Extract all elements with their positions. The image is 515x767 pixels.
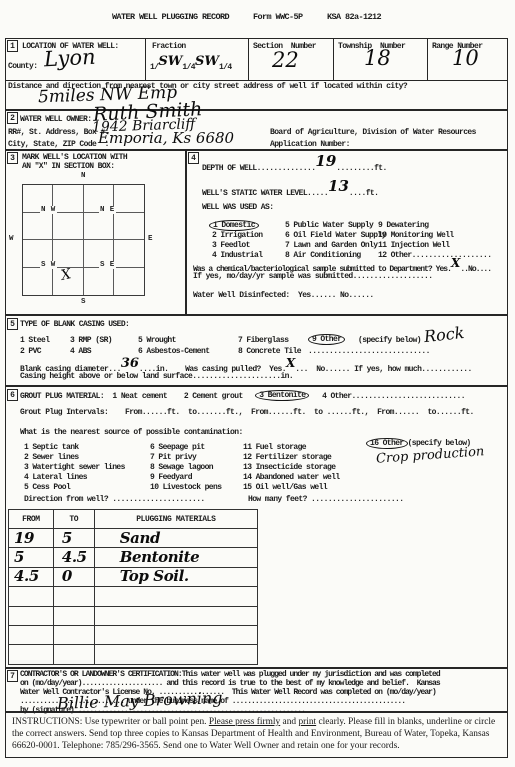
fraction-handwritten: SW <box>158 54 182 69</box>
section-grid-cell <box>53 185 83 213</box>
specify-below-note: (specify below) <box>358 336 421 345</box>
certification-line2: on (mo/day/year)..................... an… <box>20 679 440 688</box>
quadrant-se-label: S E <box>99 261 116 269</box>
contamination-option: 9 Feedyard <box>150 473 192 482</box>
static-water-level-line: WELL'S STATIC WATER LEVEL.....13....ft. <box>202 182 378 199</box>
contamination-option: 12 Fertilizer storage <box>243 453 331 462</box>
table-header-row: FROM TO PLUGGING MATERIALS <box>9 510 258 529</box>
from-value-handwritten: 5 <box>9 548 24 566</box>
dotted-leader: ............................. <box>308 347 430 356</box>
contamination-option: 14 Abandoned water well <box>243 473 340 482</box>
casing-option: 1 Steel <box>20 336 49 345</box>
quadrant-ne-label: N E <box>99 206 116 214</box>
fraction-value: 1/SW1/4SW1/4 <box>150 59 232 74</box>
how-many-feet-line: How many feet? ...................... <box>248 495 403 504</box>
use-option: 2 Irrigation <box>212 231 262 240</box>
material-value-handwritten: Sand <box>95 529 160 547</box>
static-level-value-handwritten: 13 <box>328 177 349 195</box>
disinfected-line: Water Well Disinfected: Yes...... No....… <box>193 291 374 300</box>
grout-other-label: 4 Other........................... <box>309 392 464 401</box>
if-yes-date-line: If yes, mo/day/yr sample was submitted..… <box>193 272 432 281</box>
contamination-option: 15 Oil well/Gas well <box>243 483 327 492</box>
contamination-option: 5 Cess Pool <box>24 483 70 492</box>
section2-number: 2 <box>7 112 18 124</box>
casing-other-value-handwritten: Rock <box>423 325 465 345</box>
instructions-text: INSTRUCTIONS: Use typewriter or ball poi… <box>12 717 209 727</box>
contamination-option: 2 Sewer lines <box>24 453 79 462</box>
table-row: 5 4.5 Bentonite <box>9 548 258 567</box>
divider <box>333 38 334 80</box>
grout-material-label: GROUT PLUG MATERIAL: 1 Neat cement 2 Cem… <box>20 392 255 401</box>
section-grid-cell <box>23 268 53 296</box>
instructions-text: and <box>280 717 298 727</box>
direction-from-well-line: Direction from well? ...................… <box>24 495 205 504</box>
grout-bentonite-circled: 3 Bentonite <box>255 390 309 401</box>
section1-number: 1 <box>7 40 18 52</box>
divider <box>427 38 428 80</box>
section3-title-line1: MARK WELL'S LOCATION WITH <box>22 153 127 162</box>
casing-option-other-circled: 9 Other <box>308 334 345 345</box>
quadrant-sw-label: S W <box>40 261 57 269</box>
fraction-part: 1/4 <box>219 63 232 72</box>
use-option-domestic-circled: 1 Domestic <box>209 220 259 231</box>
quadrant-nw-label: N W <box>40 206 57 214</box>
contamination-option: 10 Livestock pens <box>150 483 221 492</box>
use-option: 6 Oil Field Water Supply <box>285 231 386 240</box>
depth-label-suffix: .........ft. <box>336 164 386 173</box>
sample-yes-x-mark: X <box>451 256 460 270</box>
use-option: 9 Dewatering <box>378 221 428 230</box>
section-grid-cell <box>23 213 53 241</box>
compass-w-label: W <box>8 235 15 243</box>
depth-label: DEPTH OF WELL.............. <box>202 164 315 173</box>
material-value-handwritten: Top Soil. <box>95 567 189 585</box>
to-value-handwritten: 0 <box>54 567 72 585</box>
use-option: 3 Feedlot <box>212 241 250 250</box>
instructions-underlined: print <box>298 717 316 727</box>
casing-option: 3 RMP (SR) <box>70 336 112 345</box>
col-header-to: TO <box>53 510 94 529</box>
section-grid-cell <box>114 268 144 296</box>
contamination-option: 3 Watertight sewer lines <box>24 463 125 472</box>
from-value-handwritten: 19 <box>9 529 34 547</box>
casing-option: 2 PVC <box>20 347 41 356</box>
material-value-handwritten: Bentonite <box>95 548 200 566</box>
grout-intervals-line: Grout Plug Intervals: From......ft. to..… <box>20 408 474 417</box>
section4-number: 4 <box>188 152 199 164</box>
contamination-option: 11 Fuel storage <box>243 443 306 452</box>
range-number-value-handwritten: 10 <box>452 48 479 69</box>
owner-label: WATER WELL OWNER: <box>20 115 91 124</box>
table-row <box>9 645 258 664</box>
section3-number: 3 <box>7 152 18 164</box>
section5-title: TYPE OF BLANK CASING USED: <box>20 320 129 329</box>
divider <box>145 38 146 80</box>
depth-value-handwritten: 19 <box>315 152 336 170</box>
compass-e-label: E <box>147 235 154 243</box>
use-option: 12 Other................... <box>378 251 491 260</box>
casing-option: 4 ABS <box>70 347 91 356</box>
scanned-form-water-well-plugging-record: { "header": { "title": "WATER WELL PLUGG… <box>0 0 515 767</box>
fraction-part: 1/4 <box>182 63 195 72</box>
static-level-label: WELL'S STATIC WATER LEVEL..... <box>202 189 328 198</box>
contamination-option: 4 Lateral lines <box>24 473 87 482</box>
col-header-materials: PLUGGING MATERIALS <box>94 510 257 529</box>
table-row: 4.5 0 Top Soil. <box>9 567 258 586</box>
fraction-handwritten: SW <box>195 54 219 69</box>
contamination-option: 13 Insecticide storage <box>243 463 335 472</box>
col-header-from: FROM <box>9 510 54 529</box>
city-value-handwritten: Emporia, Ks 6680 <box>98 131 234 146</box>
table-row <box>9 625 258 644</box>
use-option: 4 Industrial <box>212 251 262 260</box>
section5-number: 5 <box>7 318 18 330</box>
casing-option: 7 Fiberglass <box>238 336 288 345</box>
static-level-label-suffix: ....ft. <box>349 189 378 198</box>
use-option: 11 Injection Well <box>378 241 449 250</box>
contamination-option: 6 Seepage pit <box>150 443 205 452</box>
contamination-option: 1 Septic tank <box>24 443 79 452</box>
agency-label: Board of Agriculture, Division of Water … <box>270 128 476 137</box>
use-option: 10 Monitoring Well <box>378 231 454 240</box>
fraction-label: Fraction <box>152 42 186 51</box>
compass-n-label: N <box>80 172 87 180</box>
section3-title-line2: AN "X" IN SECTION BOX: <box>22 162 114 171</box>
use-option: 7 Lawn and Garden Only <box>285 241 377 250</box>
section-grid-cell <box>84 268 114 296</box>
table-row <box>9 606 258 625</box>
section-grid-cell <box>114 213 144 241</box>
section7-number: 7 <box>7 670 18 682</box>
from-value-handwritten: 4.5 <box>9 567 39 585</box>
plugging-materials-table: FROM TO PLUGGING MATERIALS 19 5 Sand 5 4… <box>8 509 258 665</box>
table-row <box>9 587 258 606</box>
instructions-underlined: Please press firmly <box>209 717 280 727</box>
section6-number: 6 <box>7 389 18 401</box>
contamination-label: What is the nearest source of possible c… <box>20 428 243 437</box>
compass-s-label: S <box>80 298 87 306</box>
casing-pulled-suffix: ... No...... If yes, how much...........… <box>295 365 471 374</box>
grout-material-line: GROUT PLUG MATERIAL: 1 Neat cement 2 Cem… <box>20 391 465 402</box>
county-label: County: <box>8 62 37 71</box>
section-grid-cell <box>53 213 83 241</box>
used-as-label: WELL WAS USED AS: <box>202 203 273 212</box>
to-value-handwritten: 4.5 <box>54 548 87 566</box>
casing-diameter-value-handwritten: 36 <box>121 356 139 371</box>
section-number-value-handwritten: 22 <box>272 50 299 71</box>
use-option: 8 Air Conditioning <box>285 251 361 260</box>
section-grid-cell <box>114 240 144 268</box>
form-number: Form WWC-5P <box>253 13 303 23</box>
casing-option: 5 Wrought <box>138 336 176 345</box>
sample-submitted-label-suffix: ..No.... <box>460 265 491 274</box>
depth-of-well-line: DEPTH OF WELL..............19.........ft… <box>202 157 387 174</box>
certification-line1: CONTRACTOR'S OR LANDOWNER'S CERTIFICATIO… <box>20 670 440 679</box>
casing-option: 6 Asbestos-Cement <box>138 347 209 356</box>
form-statute: KSA 82a-1212 <box>327 13 381 23</box>
section-grid-cell <box>53 240 83 268</box>
instructions-box: INSTRUCTIONS: Use typewriter or ball poi… <box>5 712 508 758</box>
contamination-other-circled: 16 Other <box>366 438 408 449</box>
county-value-handwritten: Lyon <box>43 47 96 71</box>
casing-height-line: Casing height above or below land surfac… <box>20 372 293 381</box>
casing-option: 8 Concrete Tile <box>238 347 301 356</box>
township-number-value-handwritten: 18 <box>364 48 391 69</box>
section-grid-cell <box>114 185 144 213</box>
section-grid <box>22 184 145 296</box>
application-number-label: Application Number: <box>270 140 350 149</box>
section-grid-cell <box>84 213 114 241</box>
contamination-option: 7 Pit privy <box>150 453 196 462</box>
to-value-handwritten: 5 <box>54 529 72 547</box>
use-option: 5 Public Water Supply <box>285 221 373 230</box>
city-label: City, State, ZIP Code : <box>8 140 109 149</box>
form-title: WATER WELL PLUGGING RECORD <box>112 13 229 23</box>
table-row: 19 5 Sand <box>9 529 258 548</box>
casing-pulled-x-mark: X <box>286 356 295 370</box>
divider <box>248 38 249 80</box>
contamination-option: 8 Sewage lagoon <box>150 463 213 472</box>
